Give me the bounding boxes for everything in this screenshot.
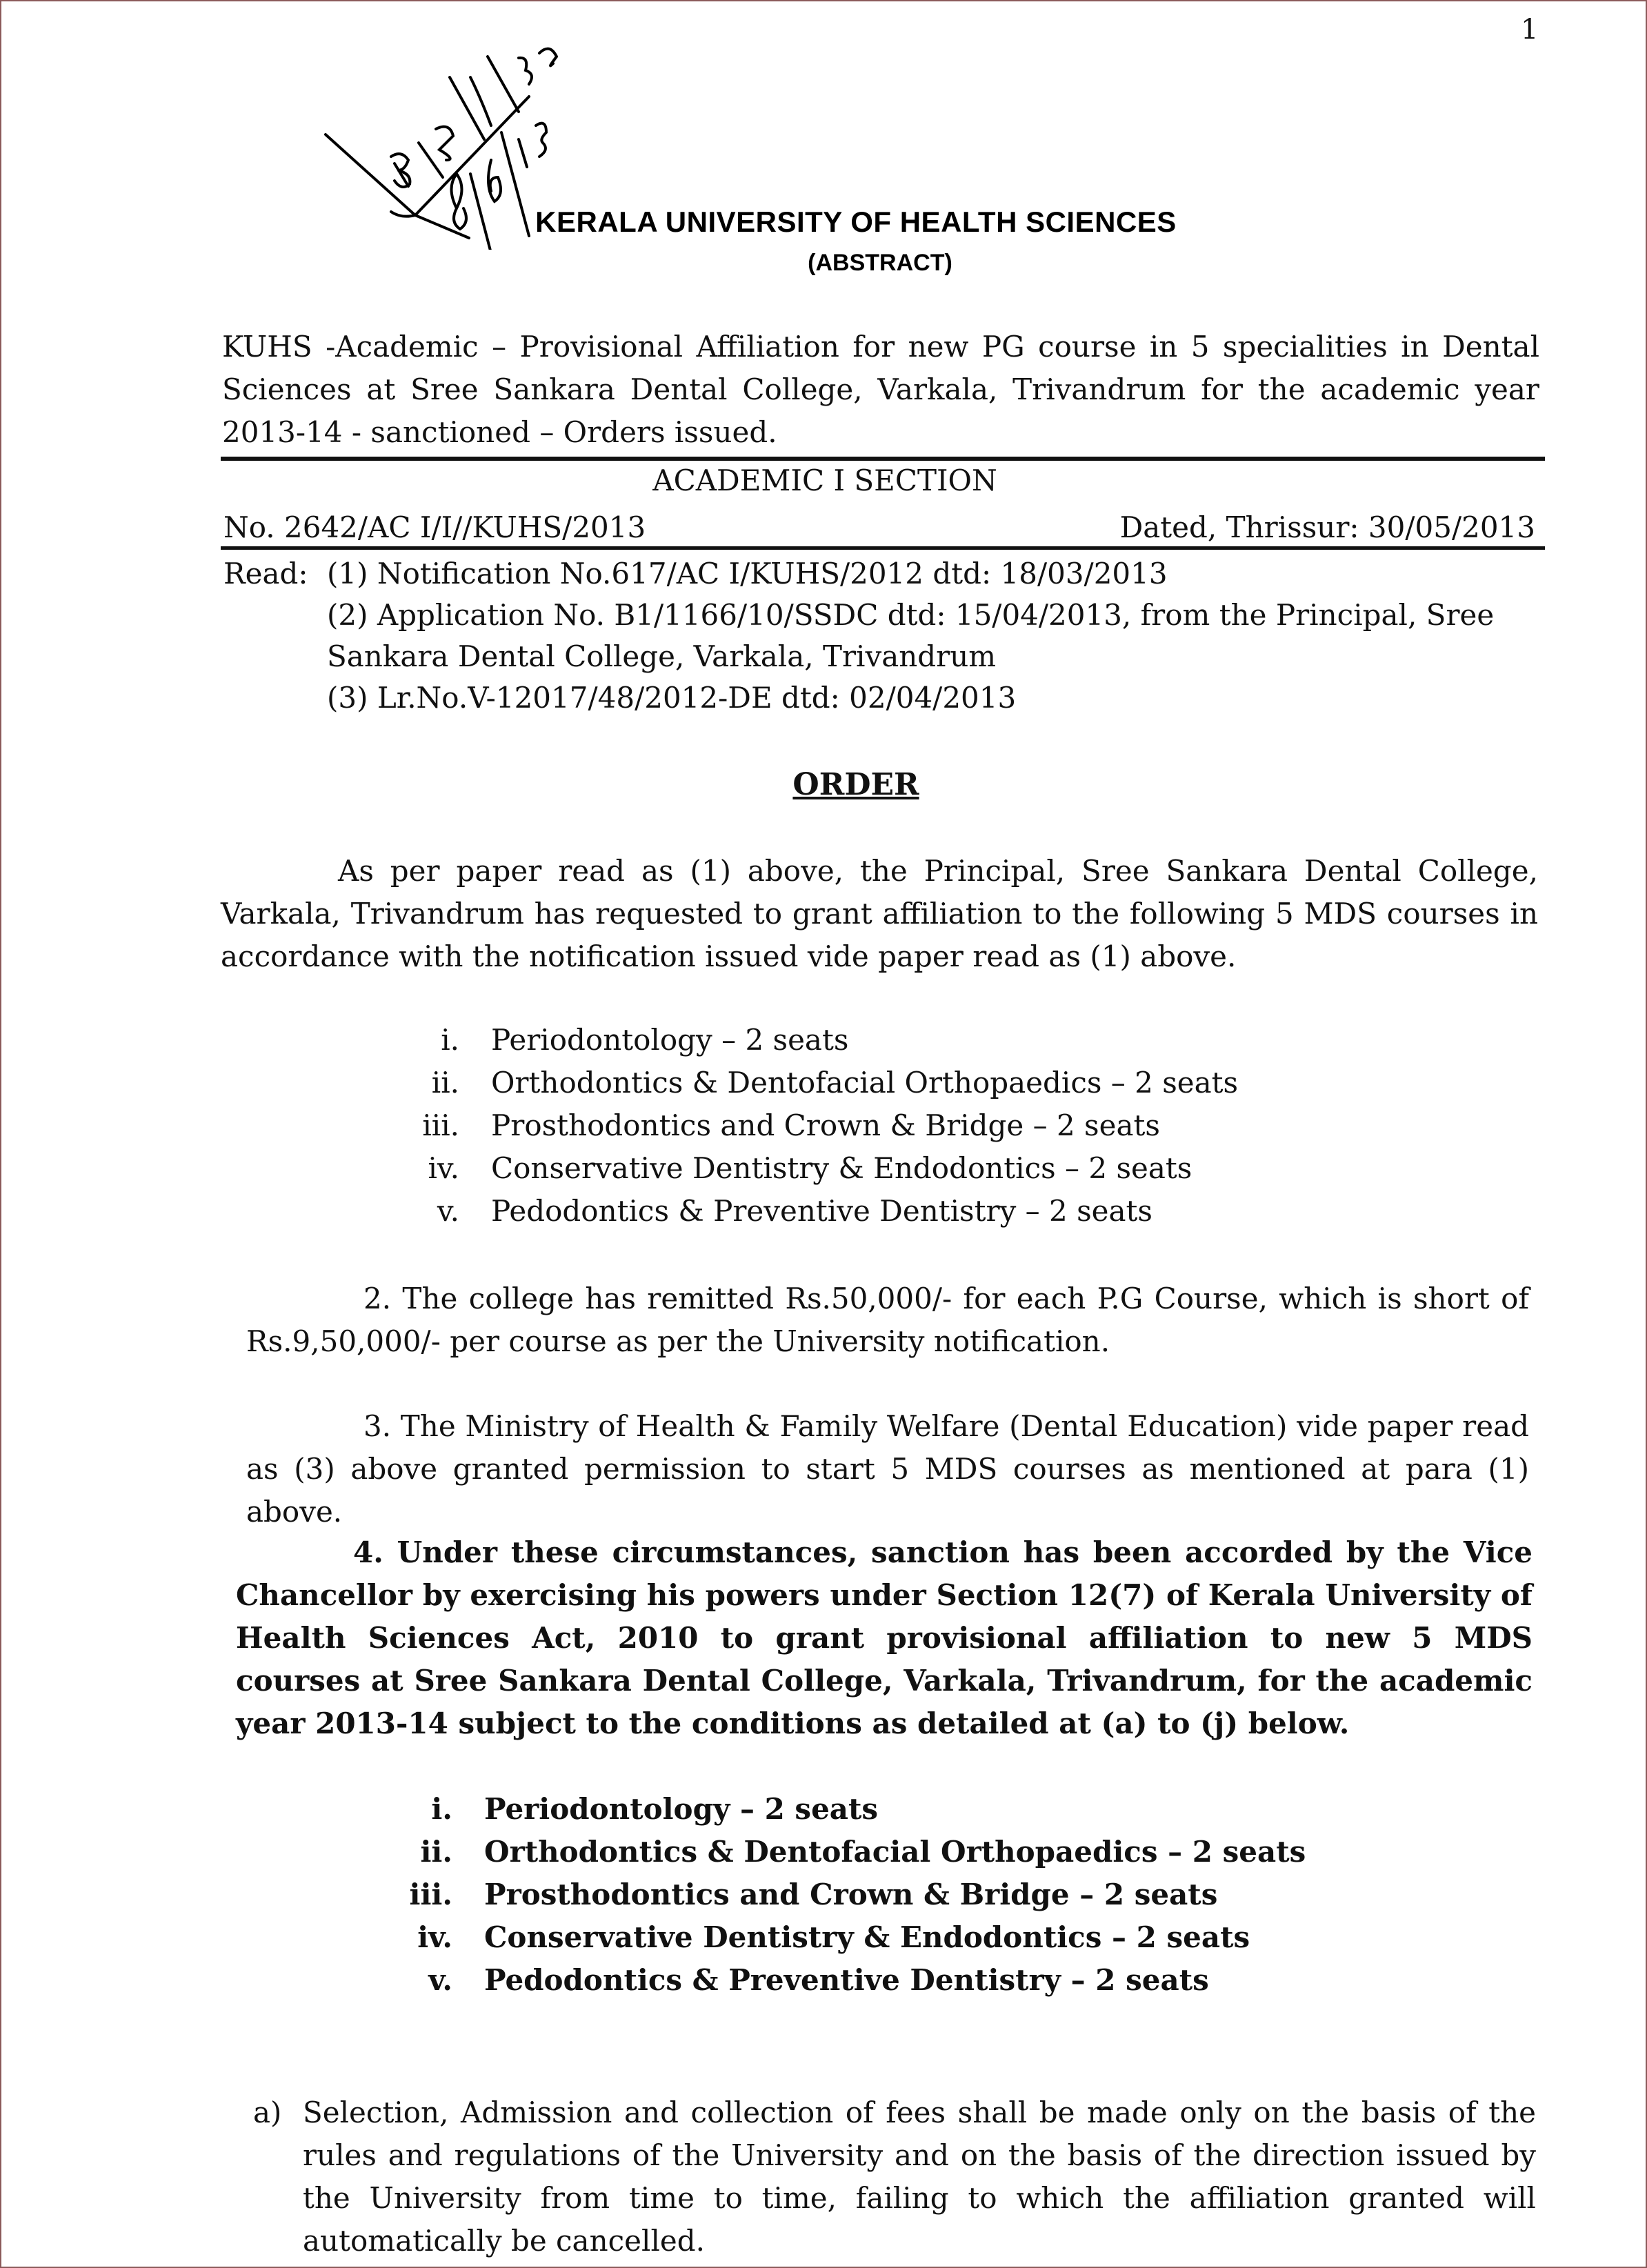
paragraph-1: As per paper read as (1) above, the Prin… bbox=[221, 850, 1538, 978]
university-title: KERALA UNIVERSITY OF HEALTH SCIENCES bbox=[1, 206, 1647, 239]
list-item: iv.Conservative Dentistry & Endodontics … bbox=[395, 1147, 1238, 1190]
courses-sanctioned-list: i.Periodontology – 2 seats ii.Orthodonti… bbox=[388, 1788, 1306, 2002]
courses-requested-list: i.Periodontology – 2 seats ii.Orthodonti… bbox=[395, 1019, 1238, 1233]
dated-line: Dated, Thrissur: 30/05/2013 bbox=[1120, 510, 1535, 544]
list-item: ii.Orthodontics & Dentofacial Orthopaedi… bbox=[388, 1831, 1306, 1873]
paragraph-2: 2. The college has remitted Rs.50,000/- … bbox=[246, 1277, 1529, 1363]
subject-line: KUHS -Academic – Provisional Affiliation… bbox=[222, 326, 1539, 454]
list-item: iii.Prosthodontics and Crown & Bridge – … bbox=[388, 1873, 1306, 1916]
list-item: i.Periodontology – 2 seats bbox=[395, 1019, 1238, 1062]
read-references: Read:(1) Notification No.617/AC I/KUHS/2… bbox=[223, 553, 1494, 719]
divider bbox=[221, 546, 1545, 550]
list-item: i.Periodontology – 2 seats bbox=[388, 1788, 1306, 1831]
reference-number: No. 2642/AC I/I//KUHS/2013 bbox=[223, 510, 646, 544]
paragraph-4: 4. Under these circumstances, sanction h… bbox=[236, 1531, 1533, 1745]
condition-letter: a) bbox=[253, 2091, 303, 2262]
list-item: v.Pedodontics & Preventive Dentistry – 2… bbox=[388, 1959, 1306, 2002]
document-page: 1 KERALA UNIVERSITY OF HEALTH SCIENCES (… bbox=[0, 0, 1647, 2268]
read-item: (3) Lr.No.V-12017/48/2012-DE dtd: 02/04/… bbox=[223, 677, 1494, 719]
list-item: iv.Conservative Dentistry & Endodontics … bbox=[388, 1916, 1306, 1959]
page-number: 1 bbox=[1521, 14, 1538, 46]
list-item: v.Pedodontics & Preventive Dentistry – 2… bbox=[395, 1190, 1238, 1233]
section-label: ACADEMIC I SECTION bbox=[1, 464, 1647, 497]
abstract-label: (ABSTRACT) bbox=[1, 250, 1647, 277]
condition-text: Selection, Admission and collection of f… bbox=[303, 2091, 1536, 2262]
read-item: (1) Notification No.617/AC I/KUHS/2012 d… bbox=[327, 557, 1168, 590]
list-item: iii.Prosthodontics and Crown & Bridge – … bbox=[395, 1104, 1238, 1147]
condition-a: a) Selection, Admission and collection o… bbox=[253, 2091, 1536, 2262]
read-item: (2) Application No. B1/1166/10/SSDC dtd:… bbox=[223, 595, 1494, 636]
list-item: ii.Orthodontics & Dentofacial Orthopaedi… bbox=[395, 1062, 1238, 1104]
read-item: Sankara Dental College, Varkala, Trivand… bbox=[223, 636, 1494, 677]
order-heading: ORDER bbox=[1, 767, 1647, 802]
read-label: Read: bbox=[223, 553, 327, 595]
divider bbox=[221, 457, 1545, 461]
paragraph-3: 3. The Ministry of Health & Family Welfa… bbox=[246, 1405, 1529, 1533]
